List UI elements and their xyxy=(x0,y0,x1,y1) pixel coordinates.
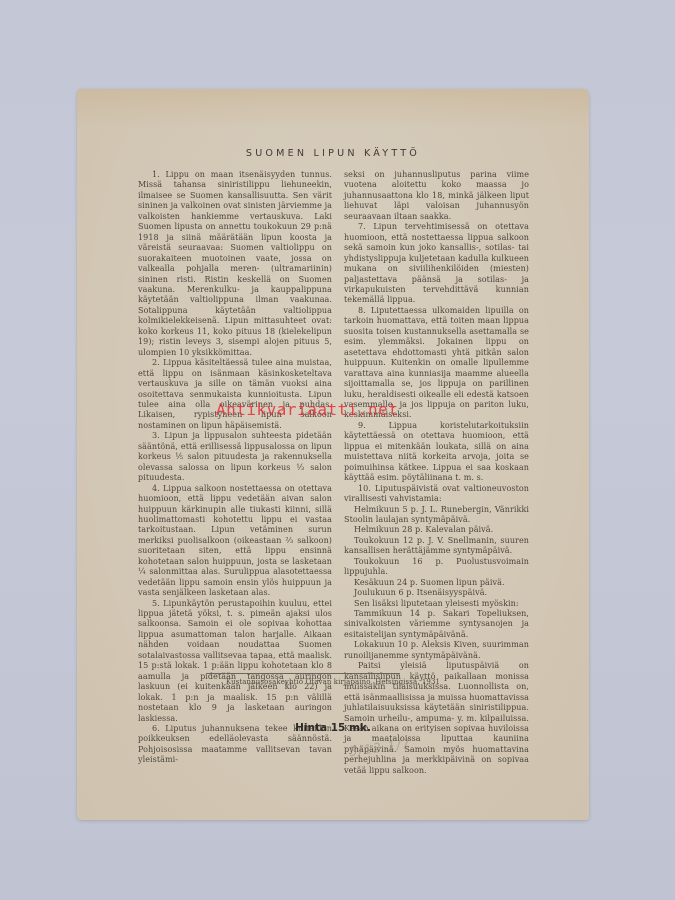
paragraph-d5: Kesäkuun 24 p. Suomen lipun päivä. xyxy=(344,578,529,588)
paragraph-p6b: seksi on juhannusliputus parina viime vu… xyxy=(344,170,529,222)
paragraph-p2: 2. Lippua käsiteltäessä tulee aina muist… xyxy=(138,358,332,431)
paragraph-d7: Sen lisäksi liputetaan yleisesti myöskin… xyxy=(344,599,529,609)
paragraph-p8: 8. Liputettaessa ulkomaiden lipuilla on … xyxy=(344,306,529,421)
document-title: SUOMEN LIPUN KÄYTTÖ xyxy=(77,148,589,159)
paragraph-p4: 4. Lippua salkoon nostettaessa on otetta… xyxy=(138,484,332,599)
booklet-back-cover: SUOMEN LIPUN KÄYTTÖ 1. Lippu on maan its… xyxy=(77,89,589,820)
paragraph-p1: 1. Lippu on maan itsenäisyyden tunnus. M… xyxy=(138,170,332,358)
paragraph-d4: Toukokuun 16 p. Puolustusvoimain lippuju… xyxy=(344,557,529,578)
paragraph-p9: 9. Lippua koristelutarkoituksiin käytett… xyxy=(344,421,529,484)
paragraph-p7: 7. Lipun tervehtimisessä on otettava huo… xyxy=(344,222,529,306)
text-column-left: 1. Lippu on maan itsenäisyyden tunnus. M… xyxy=(138,170,332,766)
price-label: Hinta 15 mk. xyxy=(77,722,589,734)
paragraph-p10: 10. Liputuspäivistä ovat valtioneuvoston… xyxy=(344,484,529,505)
paragraph-p5: 5. Lipunkäytön perustapoihin kuuluu, ett… xyxy=(138,599,332,724)
paragraph-d3: Toukokuun 12 p. J. V. Snellmanin, suuren… xyxy=(344,536,529,557)
paragraph-d8: Tammikuun 14 p. Sakari Topeliuksen, sini… xyxy=(344,609,529,640)
printer-imprint: Kustannusosakeyhtiö Otavan kirjapaino, H… xyxy=(77,678,589,686)
paragraph-d6: Joulukuun 6 p. Itsenäisyyspäivä. xyxy=(344,588,529,598)
divider-rule xyxy=(206,673,400,674)
paragraph-d2: Helmikuun 28 p. Kalevalan päivä. xyxy=(344,525,529,535)
paragraph-p3: 3. Lipun ja lippusalon suhteesta pidetää… xyxy=(138,431,332,483)
paragraph-d9: Lokakuun 10 p. Aleksis Kiven, suurimman … xyxy=(344,640,529,661)
paragraph-d1: Helmikuun 5 p. J. L. Runebergin, Vänrikk… xyxy=(344,505,529,526)
